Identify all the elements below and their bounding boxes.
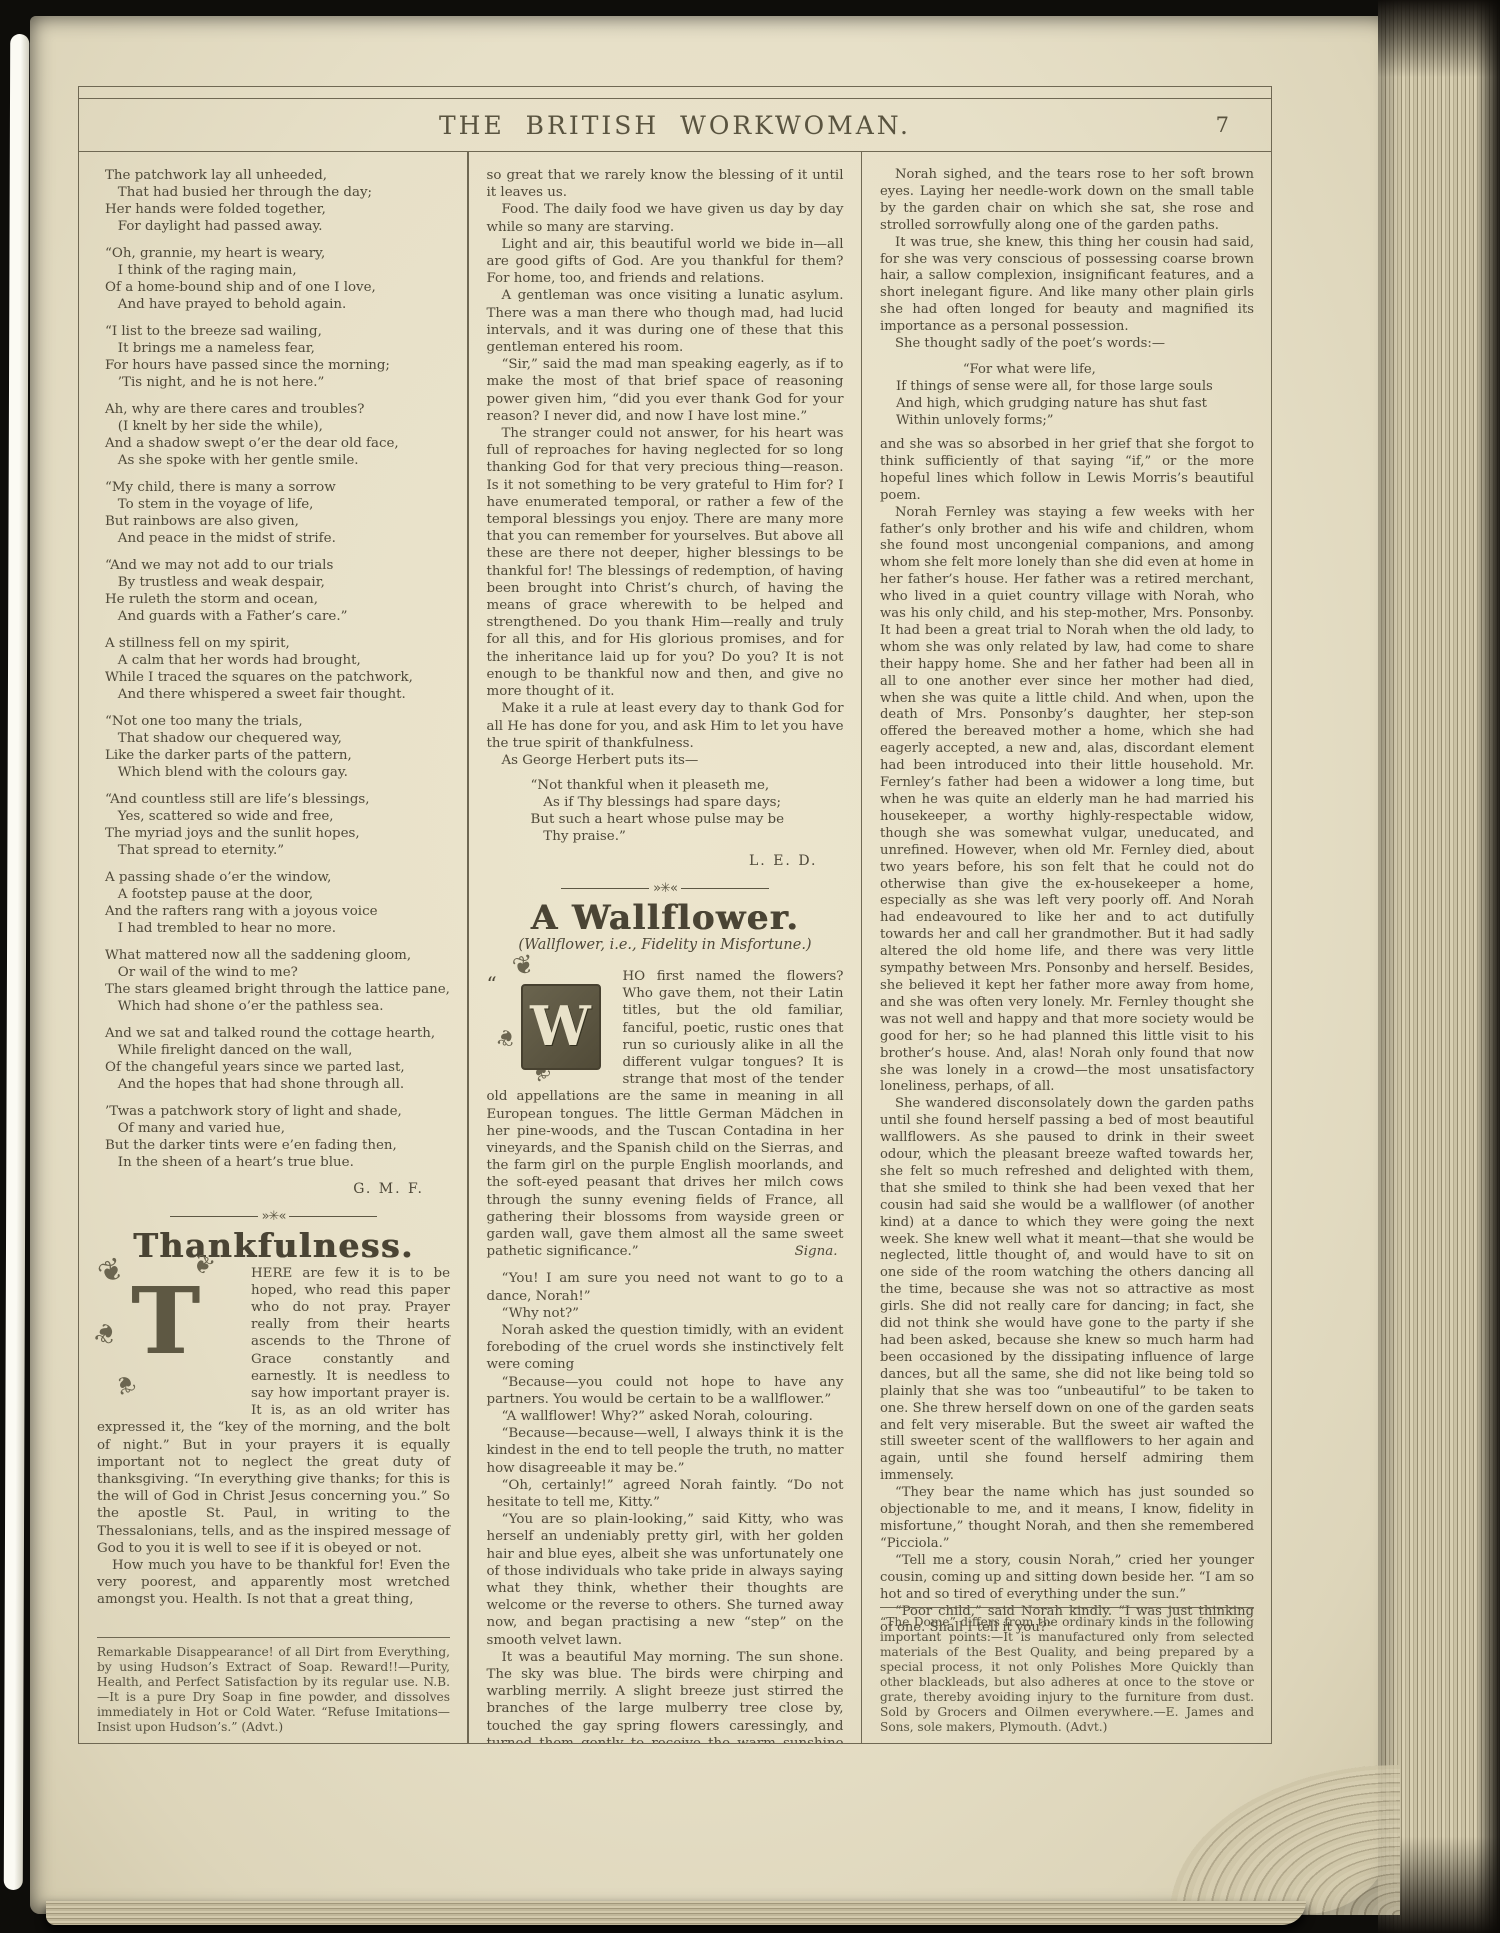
- divider-ornament-icon: »✳«: [649, 880, 681, 897]
- paragraph: The stranger could not answer, for his h…: [487, 425, 844, 700]
- printed-frame: THE BRITISH WORKWOMAN. 7 The patchwork l…: [78, 86, 1272, 1744]
- paragraph: Food. The daily food we have given us da…: [487, 201, 844, 235]
- paragraph: Norah sighed, and the tears rose to her …: [880, 167, 1254, 235]
- dialogue-line: “Why not?”: [487, 1305, 844, 1322]
- dome-blacklead-advert: “The Dome” differs from the ordinary kin…: [880, 1607, 1254, 1735]
- section-divider: »✳«: [487, 880, 844, 897]
- dialogue-line: “Because—because—well, I always think it…: [487, 1425, 844, 1477]
- paragraph: As George Herbert puts its—: [487, 752, 844, 769]
- section-divider: »✳«: [97, 1208, 450, 1225]
- floral-flourish-icon: ❦: [97, 1258, 127, 1284]
- floral-flourish-icon: ❦: [511, 955, 537, 977]
- divider-ornament-icon: »✳«: [258, 1208, 290, 1225]
- page-number: 7: [1216, 113, 1229, 137]
- thankfulness-paragraph-2: How much you have to be thankful for! Ev…: [97, 1557, 450, 1609]
- article-heading-a-wallflower: A Wallflower.: [487, 910, 844, 927]
- signa-attribution: Signa.: [795, 1243, 838, 1260]
- poem-stanza: ’Twas a patchwork story of light and sha…: [105, 1103, 450, 1171]
- article-subtitle: (Wallflower, i.e., Fidelity in Misfortun…: [487, 937, 844, 954]
- column-middle: so great that we rarely know the blessin…: [469, 151, 861, 1743]
- column-left: The patchwork lay all unheeded, That had…: [79, 151, 467, 1743]
- dialogue-line: “A wallflower! Why?” asked Norah, colour…: [487, 1408, 844, 1425]
- poem-stanza: The patchwork lay all unheeded, That had…: [105, 167, 450, 235]
- dialogue-line: “Oh, certainly!” agreed Norah faintly. “…: [487, 1477, 844, 1511]
- paragraph: A gentleman was once visiting a lunatic …: [487, 287, 844, 356]
- floral-flourish-icon: ❦: [495, 1026, 517, 1047]
- decorated-initial-w: “ ❦ ❦ ❦ W: [487, 970, 615, 1088]
- article-heading-thankfulness: Thankfulness.: [97, 1237, 450, 1254]
- poem-stanza: A passing shade o’er the window, A foots…: [105, 869, 450, 937]
- paragraph: “They bear the name which has just sound…: [880, 1485, 1254, 1553]
- poem-stanza: And we sat and talked round the cottage …: [105, 1025, 450, 1093]
- poem-stanza: “I list to the breeze sad wailing, It br…: [105, 323, 450, 391]
- dialogue-line: Norah asked the question timidly, with a…: [487, 1322, 844, 1374]
- opening-quote: “: [487, 976, 497, 993]
- paragraph: Light and air, this beautiful world we b…: [487, 236, 844, 288]
- masthead: THE BRITISH WORKWOMAN. 7: [79, 99, 1271, 152]
- article-signature: L. E. D.: [487, 853, 818, 870]
- paragraph: It was true, she knew, this thing her co…: [880, 235, 1254, 336]
- poem-stanza: What mattered now all the saddening gloo…: [105, 947, 450, 1015]
- wallflower-opening-paragraph: “ ❦ ❦ ❦ W HO first named the flowers? Wh…: [487, 968, 844, 1260]
- thankfulness-paragraph-1: ❦ ❦ ❦ ❦ T HERE are few it is to be hoped…: [97, 1265, 450, 1557]
- poem-stanza: “My child, there is many a sorrow To ste…: [105, 479, 450, 547]
- paragraph: She wandered disconsolately down the gar…: [880, 1096, 1254, 1485]
- poem-stanza: “Oh, grannie, my heart is weary, I think…: [105, 245, 450, 313]
- paragraph: “Sir,” said the mad man speaking eagerly…: [487, 356, 844, 425]
- dialogue-line: “You are so plain-looking,” said Kitty, …: [487, 1511, 844, 1649]
- column-right: Norah sighed, and the tears rose to her …: [862, 151, 1271, 1743]
- paragraph: so great that we rarely know the blessin…: [487, 167, 844, 201]
- herbert-verse: “Not thankful when it pleaseth me, As if…: [531, 777, 844, 845]
- dialogue-line: It was a beautiful May morning. The sun …: [487, 1649, 844, 1743]
- poem-stanza: A stillness fell on my spirit, A calm th…: [105, 635, 450, 703]
- floral-flourish-icon: ❦: [113, 1372, 138, 1395]
- poem-stanza: “And countless still are life’s blessing…: [105, 791, 450, 859]
- floral-flourish-icon: ❦: [93, 1319, 119, 1343]
- drop-cap-letter: T: [131, 1275, 199, 1367]
- paragraph: She thought sadly of the poet’s words:—: [880, 336, 1254, 353]
- paragraph: Norah Fernley was staying a few weeks wi…: [880, 505, 1254, 1097]
- poem-signature: G. M. F.: [97, 1181, 424, 1198]
- decorated-initial-t: ❦ ❦ ❦ ❦ T: [97, 1267, 245, 1417]
- column-area: The patchwork lay all unheeded, That had…: [79, 151, 1271, 1743]
- dialogue-line: “You! I am sure you need not want to go …: [487, 1270, 844, 1304]
- masthead-title: THE BRITISH WORKWOMAN.: [79, 111, 1271, 140]
- page-stack-edge: [1378, 0, 1500, 1933]
- previous-page-edge: [4, 34, 29, 1890]
- poem-stanza: “Not one too many the trials, That shado…: [105, 713, 450, 781]
- drop-cap-letter: W: [521, 984, 601, 1070]
- poem-stanza: Ah, why are there cares and troubles? (I…: [105, 401, 450, 469]
- hudson-soap-advert: Remarkable Disappearance! of all Dirt fr…: [97, 1637, 450, 1735]
- paragraph: “Tell me a story, cousin Norah,” cried h…: [880, 1553, 1254, 1604]
- page-bottom-edge: [46, 1901, 1306, 1925]
- poem-stanza: “And we may not add to our trials By tru…: [105, 557, 450, 625]
- poet-verse: “For what were life, If things of sense …: [896, 361, 1254, 429]
- paragraph: and she was so absorbed in her grief tha…: [880, 437, 1254, 505]
- dialogue-line: “Because—you could not hope to have any …: [487, 1374, 844, 1408]
- paragraph: Make it a rule at least every day to tha…: [487, 700, 844, 752]
